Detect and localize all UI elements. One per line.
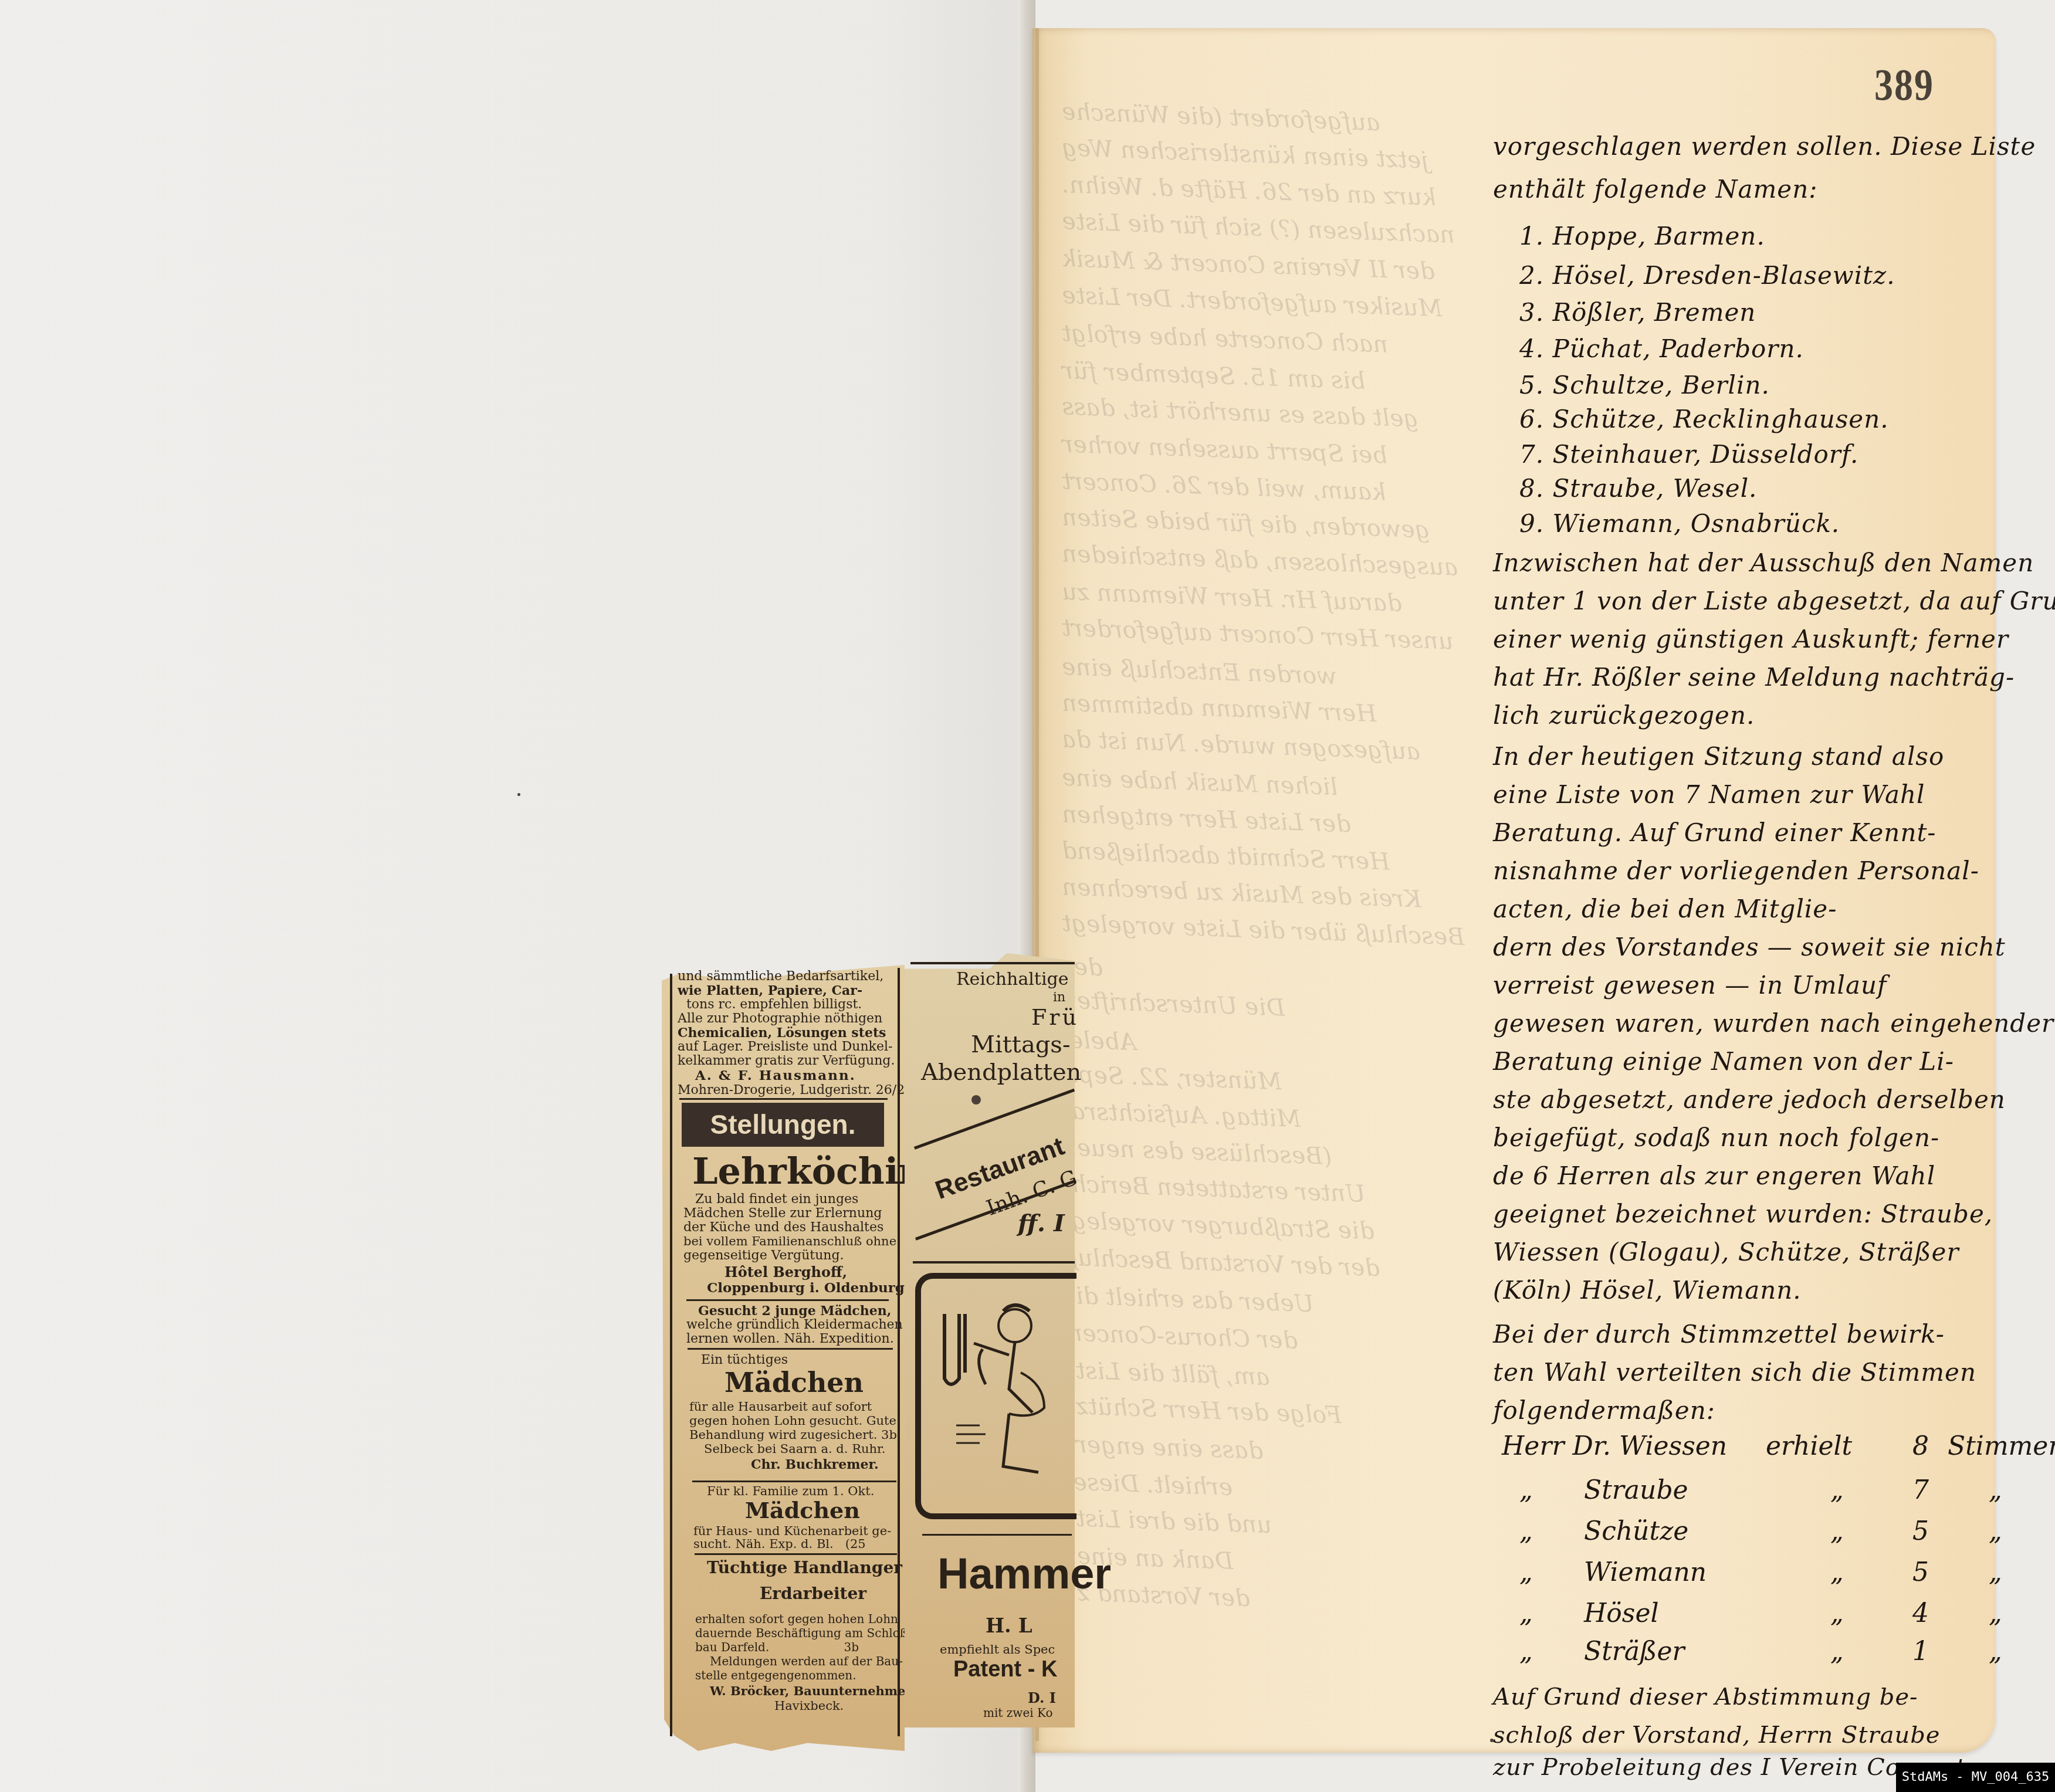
ad-text: Behandlung wird zugesichert. 3b bbox=[689, 1428, 897, 1442]
handwriting-line: ste abgesetzt, andere jedoch derselben bbox=[1493, 1085, 2006, 1114]
handwriting-line: eine Liste von 7 Namen zur Wahl bbox=[1493, 780, 1925, 809]
ad-text: welche gründlich Kleidermachen bbox=[686, 1317, 903, 1332]
ad-text: für Haus- und Küchenarbeit ge- bbox=[693, 1524, 891, 1538]
ad-headline: Lehrköchin! bbox=[692, 1150, 941, 1193]
handwriting-line: Beratung einige Namen von der Li- bbox=[1493, 1047, 1954, 1076]
ad-text: in bbox=[1053, 990, 1065, 1005]
vote-unit: „ bbox=[1989, 1516, 2002, 1546]
handwriting-line: folgendermaßen: bbox=[1493, 1396, 1715, 1425]
ad-text: der Küche und des Haushaltes bbox=[683, 1220, 883, 1235]
ad-signature: W. Bröcker, Bauunternehmer, bbox=[710, 1683, 915, 1698]
ad-text: kelkammer gratis zur Verfügung. bbox=[678, 1053, 895, 1068]
vote-verb: erhielt bbox=[1766, 1431, 1852, 1461]
candidate-list-item: 4. Püchat, Paderborn. bbox=[1519, 334, 1804, 363]
bleed-through-line: am, fällt die Liste bbox=[1061, 1353, 1271, 1395]
ad-headline: Mädchen bbox=[725, 1367, 864, 1398]
handwriting-line: Inzwischen hat der Ausschuß den Namen bbox=[1493, 548, 2034, 577]
handwriting-line: acten, die bei den Mitglie- bbox=[1493, 895, 1837, 923]
candidate-list-item: 2. Hösel, Dresden-Blasewitz. bbox=[1519, 261, 1895, 290]
handwriting-line: Bei der durch Stimmzettel bewirk- bbox=[1493, 1320, 1945, 1349]
archive-id-label: StdAMs - MV_004_635 bbox=[1896, 1763, 2055, 1792]
vote-prefix: „ bbox=[1519, 1557, 1533, 1587]
ad-text: Alle zur Photographie nöthigen bbox=[678, 1011, 882, 1026]
handwriting-line: dern des Vorstandes — soweit sie nicht bbox=[1493, 933, 2006, 961]
bleed-through-line: dass eine engere bbox=[1061, 1427, 1264, 1469]
vote-name: Straube bbox=[1584, 1475, 1688, 1505]
vote-unit: „ bbox=[1989, 1475, 2002, 1505]
vote-prefix: „ bbox=[1519, 1516, 1533, 1546]
candidate-list-item: 3. Rößler, Bremen bbox=[1519, 298, 1756, 327]
ad-text: erhalten sofort gegen hohen Lohn bbox=[695, 1612, 898, 1626]
ad-text: Für kl. Familie zum 1. Okt. bbox=[707, 1484, 874, 1498]
vote-unit: „ bbox=[1989, 1557, 2002, 1587]
ad-text: lernen wollen. Näh. Expedition. bbox=[686, 1332, 894, 1346]
vote-name: Wiessen bbox=[1619, 1431, 1727, 1461]
ad-text: gegen hohen Lohn gesucht. Gute bbox=[689, 1414, 896, 1428]
ad-text: und sämmtliche Bedarfsartikel, bbox=[678, 969, 883, 984]
vote-name: Sträßer bbox=[1584, 1637, 1685, 1666]
vote-verb: „ bbox=[1830, 1637, 1844, 1666]
ink-speck bbox=[1490, 1739, 1494, 1742]
ad-text: H. L bbox=[986, 1614, 1032, 1638]
vote-unit: „ bbox=[1989, 1598, 2002, 1628]
ad-text: Patent - K bbox=[953, 1657, 1057, 1682]
ad-signature: Hôtel Berghoff, bbox=[725, 1263, 847, 1281]
divider bbox=[692, 1481, 896, 1482]
handwriting-line: lich zurückgezogen. bbox=[1493, 701, 1755, 730]
ad-text: Mohren-Drogerie, Ludgeristr. 26/27. bbox=[678, 1083, 917, 1097]
vote-name: Schütze bbox=[1584, 1516, 1688, 1546]
handwriting-line: (Köln) Hösel, Wiemann. bbox=[1493, 1276, 1802, 1305]
handwriting-line: Beratung. Auf Grund einer Kennt- bbox=[1493, 818, 1936, 847]
divider bbox=[688, 1348, 893, 1350]
ad-text: für alle Hausarbeit auf sofort bbox=[689, 1400, 872, 1414]
ad-text: sucht. Näh. Exp. d. Bl. (25 bbox=[693, 1537, 866, 1551]
ad-text: mit zwei Ko bbox=[983, 1706, 1052, 1720]
handwriting-line: beigefügt, sodaß nun noch folgen- bbox=[1493, 1123, 1939, 1152]
ad-text: Reichhaltige bbox=[956, 969, 1068, 990]
ad-text: empfiehlt als Spec bbox=[940, 1642, 1055, 1657]
divider bbox=[695, 1553, 897, 1555]
divider bbox=[922, 1534, 1072, 1536]
handwriting-line: Wiessen (Glogau), Schütze, Sträßer bbox=[1493, 1238, 1959, 1266]
ad-text: Meldungen werden auf der Bau- bbox=[710, 1654, 903, 1668]
vote-count: 1 bbox=[1912, 1637, 1929, 1666]
ad-text: Havixbeck. bbox=[774, 1699, 844, 1713]
ad-text: D. I bbox=[1028, 1689, 1056, 1706]
vote-count: 4 bbox=[1912, 1598, 1929, 1628]
section-header-stellungen: Stellungen. bbox=[682, 1103, 884, 1147]
handwriting-line: In der heutigen Sitzung stand also bbox=[1493, 742, 1944, 771]
handwriting-line: schloß der Vorstand, Herrn Straube bbox=[1493, 1722, 1941, 1749]
ink-speck bbox=[517, 793, 520, 796]
vote-prefix: Herr Dr. bbox=[1502, 1431, 1611, 1461]
ad-text: dauernde Beschäftigung am Schloß- bbox=[695, 1626, 912, 1640]
handwriting-line: enthält folgende Namen: bbox=[1493, 175, 1817, 204]
vote-count: 7 bbox=[1912, 1475, 1929, 1505]
vote-prefix: „ bbox=[1519, 1598, 1533, 1628]
handwriting-line: geeignet bezeichnet wurden: Straube, bbox=[1493, 1200, 1993, 1228]
vote-count: 5 bbox=[1912, 1557, 1929, 1587]
ad-text: wie Platten, Papiere, Car- bbox=[678, 983, 862, 998]
ad-signature: A. & F. Hausmann. bbox=[695, 1068, 856, 1083]
handwriting-line: gewesen waren, wurden nach eingehender bbox=[1493, 1009, 2054, 1038]
candidate-list-item: 1. Hoppe, Barmen. bbox=[1519, 222, 1765, 250]
divider bbox=[910, 962, 1075, 964]
ad-text: Chemicalien, Lösungen stets bbox=[678, 1025, 886, 1041]
ad-headline: Erdarbeiter bbox=[760, 1584, 866, 1603]
candidate-list-item: 7. Steinhauer, Düsseldorf. bbox=[1519, 440, 1858, 469]
handwriting-line: verreist gewesen — in Umlauf bbox=[1493, 971, 1887, 1000]
vote-verb: „ bbox=[1830, 1516, 1844, 1546]
vote-unit: Stimmen bbox=[1948, 1431, 2055, 1461]
bleed-through-line: und die drei Liste bbox=[1061, 1500, 1272, 1543]
ad-text: Mädchen Stelle zur Erlernung bbox=[683, 1206, 882, 1221]
ad-signature: Chr. Buchkremer. bbox=[751, 1457, 879, 1472]
dancing-child-icon bbox=[921, 1279, 1071, 1502]
ad-text: Ein tüchtiges bbox=[701, 1353, 788, 1367]
handwriting-line: hat Hr. Rößler seine Meldung nachträg- bbox=[1493, 663, 2015, 692]
ad-text: Selbeck bei Saarn a. d. Ruhr. bbox=[704, 1442, 885, 1456]
ad-text: bau Darfeld. 3b bbox=[695, 1640, 859, 1654]
vote-prefix: „ bbox=[1519, 1475, 1533, 1505]
handwriting-line: vorgeschlagen werden sollen. Diese Liste bbox=[1493, 132, 2036, 161]
ad-text: gegenseitige Vergütung. bbox=[683, 1248, 844, 1263]
ad-text: bei vollem Familienanschluß ohne bbox=[683, 1234, 896, 1248]
vote-verb: „ bbox=[1830, 1557, 1844, 1587]
ad-headline: Hammer bbox=[937, 1549, 1111, 1598]
handwriting-line: nisnahme der vorliegenden Personal- bbox=[1493, 856, 1979, 885]
vote-count: 8 bbox=[1912, 1431, 1929, 1461]
candidate-list-item: 8. Straube, Wesel. bbox=[1519, 474, 1757, 503]
vote-verb: „ bbox=[1830, 1598, 1844, 1628]
ad-text: Frü bbox=[1031, 1004, 1079, 1030]
ad-text: Gesucht 2 junge Mädchen, bbox=[698, 1303, 891, 1319]
handwriting-line: ten Wahl verteilten sich die Stimmen bbox=[1493, 1358, 1976, 1387]
ad-headline: Mädchen bbox=[745, 1497, 860, 1523]
handwriting-line: de 6 Herren als zur engeren Wahl bbox=[1493, 1161, 1935, 1190]
column-rule bbox=[670, 974, 672, 1736]
candidate-list-item: 6. Schütze, Recklinghausen. bbox=[1519, 405, 1889, 433]
divider bbox=[679, 1098, 888, 1100]
ad-text: Zu bald findet ein junges bbox=[695, 1192, 858, 1207]
ad-text: tons rc. empfehlen billigst. bbox=[686, 997, 862, 1012]
vote-verb: „ bbox=[1830, 1475, 1844, 1505]
ad-text: ff. I bbox=[1018, 1210, 1065, 1237]
vote-prefix: „ bbox=[1519, 1637, 1533, 1666]
handwriting-line: einer wenig günstigen Auskunft; ferner bbox=[1493, 625, 2009, 653]
ad-text: stelle entgegengenommen. bbox=[695, 1668, 856, 1682]
handwriting-line: unter 1 von der Liste abgesetzt, da auf … bbox=[1493, 587, 2055, 615]
ad-text: auf Lager. Preisliste und Dunkel- bbox=[678, 1039, 892, 1054]
ad-signature: Cloppenburg i. Oldenburg. bbox=[707, 1280, 909, 1296]
candidate-list-item: 9. Wiemann, Osnabrück. bbox=[1519, 509, 1840, 538]
ad-text: Abendplatten bbox=[921, 1059, 1081, 1086]
page-number: 389 bbox=[1874, 59, 1934, 111]
dancing-child-illustration bbox=[915, 1273, 1076, 1519]
ad-text: Mittags- bbox=[971, 1031, 1070, 1058]
vote-name: Wiemann bbox=[1584, 1557, 1707, 1587]
bleed-through-line: erhielt. Dieser bbox=[1061, 1464, 1233, 1505]
candidate-list-item: 5. Schultze, Berlin. bbox=[1519, 371, 1770, 399]
divider bbox=[686, 1299, 889, 1301]
vote-count: 5 bbox=[1912, 1516, 1929, 1546]
vote-name: Hösel bbox=[1584, 1598, 1659, 1628]
handwriting-line: Auf Grund dieser Abstimmung be- bbox=[1493, 1683, 1918, 1710]
bullet-ornament bbox=[971, 1095, 981, 1105]
vote-unit: „ bbox=[1989, 1637, 2002, 1666]
divider bbox=[913, 1261, 1075, 1263]
